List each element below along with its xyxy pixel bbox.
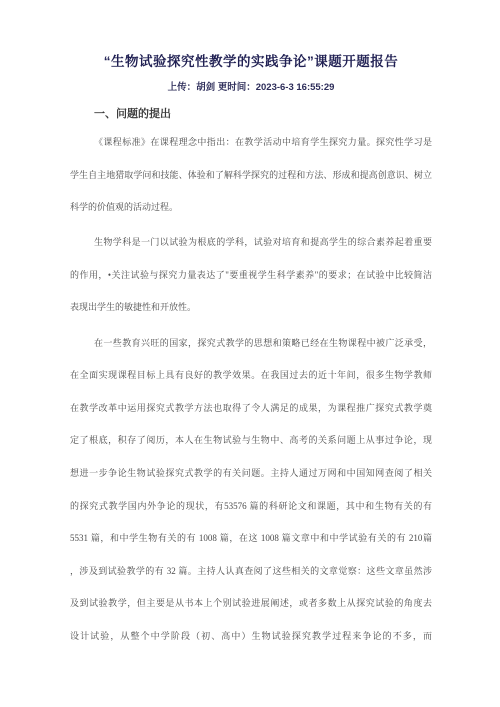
document-page: “生物试验探究性教学的实践争论”课题开题报告 上传：胡剑 更时间：2023-6-…: [0, 0, 500, 707]
section-heading: 一、问题的提出: [70, 106, 432, 122]
text-line: ，涉及到试验教学的有 32 篇。主持人认真查阅了这些相关的文章觉察：这些文章虽然…: [70, 555, 432, 588]
paragraph: 在一些教育兴旺的国家，探究式教学的思想和策略已经在生物课程中被广泛承受，在全面实…: [70, 327, 432, 653]
text-line: 在教学改革中运用探究式教学方法也取得了令人满足的成果，为课程推广探究式教学奠: [70, 392, 432, 425]
text-line: 的作用，•关注试验与探究力量表达了"要重视学生科学素养"的要求；在试验中比较简洁: [70, 259, 432, 292]
upload-meta-line: 上传：胡剑 更时间：2023-6-3 16:55:29: [70, 80, 432, 96]
text-line: 《课程标准》在课程理念中指出：在教学活动中培育学生探究力量。探究性学习是: [70, 126, 432, 159]
paragraph: 生物学科是一门以试验为根底的学科，试验对培育和提高学生的综合素养起着重要的作用，…: [70, 226, 432, 324]
document-body: 《课程标准》在课程理念中指出：在教学活动中培育学生探究力量。探究性学习是学生自主…: [70, 126, 432, 653]
text-line: 科学的价值观的活动过程。: [70, 191, 432, 224]
text-line: 定了根底，积存了阅历，本人在生物试验与生物中、高考的关系问题上从事过争论，现: [70, 424, 432, 457]
text-line: 生物学科是一门以试验为根底的学科，试验对培育和提高学生的综合素养起着重要: [70, 226, 432, 259]
text-line: 的探究式教学国内外争论的现状，有53576 篇的科研论文和课题，其中和生物有关的…: [70, 490, 432, 523]
text-line: 想进一步争论生物试验探究式教学的有关问题。主持人通过万网和中国知网查阅了相关: [70, 457, 432, 490]
text-line: 学生自主地猎取学问和技能、体验和了解科学探究的过程和方法、形成和提高创意识、树立: [70, 159, 432, 192]
text-line: 5531 篇，和中学生物有关的有 1008 篇，在这 1008 篇文章中和中学试…: [70, 522, 432, 555]
text-line: 设计试验，从整个中学阶段（初、高中）生物试验探究教学过程来争论的不多，而: [70, 620, 432, 653]
text-line: 在全面实现课程目标上具有良好的教学效果。在我国过去的近十年间，很多生物学教师: [70, 359, 432, 392]
paragraph: 《课程标准》在课程理念中指出：在教学活动中培育学生探究力量。探究性学习是学生自主…: [70, 126, 432, 224]
text-line: 及到试验教学，但主要是从书本上个别试验进展阐述，或者多数上从探究试验的角度去: [70, 587, 432, 620]
page-title: “生物试验探究性教学的实践争论”课题开题报告: [60, 52, 442, 72]
text-line: 在一些教育兴旺的国家，探究式教学的思想和策略已经在生物课程中被广泛承受，: [70, 327, 432, 360]
text-line: 表现出学生的敏捷性和开放性。: [70, 291, 432, 324]
